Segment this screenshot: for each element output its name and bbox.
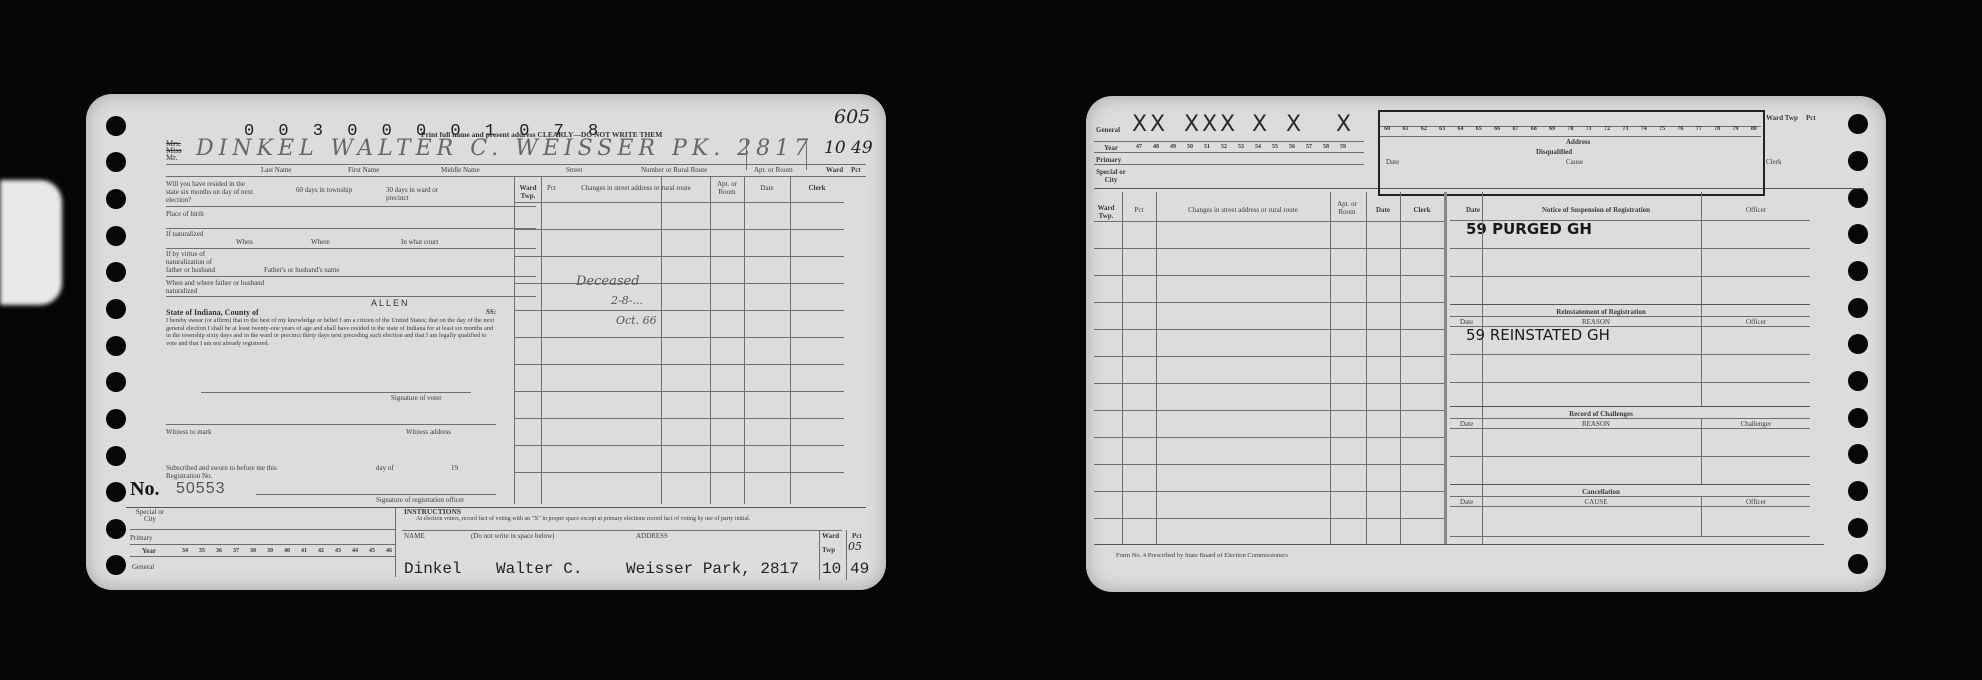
cancellation-title: Cancellation: [1486, 488, 1716, 496]
punch-hole: [1848, 334, 1868, 354]
typed-first-name: Walter C.: [496, 560, 582, 578]
vote-mark: X: [1202, 112, 1217, 137]
punch-hole: [1848, 224, 1868, 244]
challenges-title: Record of Challenges: [1486, 410, 1716, 418]
handwritten-note-oct: Oct. 66: [616, 314, 657, 327]
vote-mark: X: [1220, 112, 1235, 137]
col-officer: Officer: [1716, 498, 1796, 506]
stamp-purged: 59 PURGED GH: [1466, 220, 1592, 238]
label-first-name: First Name: [348, 166, 379, 174]
oath-state: State of Indiana, County of: [166, 308, 259, 317]
punch-hole: [1848, 444, 1868, 464]
label-ward-twp: Ward Twp: [1766, 114, 1798, 122]
place-of-birth-label: Place of birth: [166, 210, 206, 218]
year-prefix: 19: [451, 464, 458, 472]
father-virtue-label: If by virtue of naturalization of father…: [166, 250, 226, 274]
punch-hole: [1848, 518, 1868, 538]
label-cause: Cause: [1566, 158, 1583, 166]
handwritten-pct: 05: [848, 540, 862, 553]
punch-hole: [1848, 114, 1868, 134]
col-officer: Officer: [1716, 318, 1796, 326]
instructions-title: INSTRUCTIONS: [404, 508, 461, 516]
suspension-title: Notice of Suspension of Registration: [1496, 206, 1696, 214]
row-primary: Primary: [1096, 156, 1121, 164]
row-special-city: Special or City: [1096, 168, 1126, 184]
punch-hole: [1848, 298, 1868, 318]
col-apt-room: Apt. or Room: [1332, 200, 1362, 216]
label-middle-name: Middle Name: [441, 166, 480, 174]
handwritten-note-deceased: Deceased: [576, 274, 640, 289]
vote-mark: X: [1184, 112, 1199, 137]
registration-card-back: General Year Primary Special or City 47 …: [1086, 96, 1886, 592]
label-address: Address: [1566, 138, 1590, 146]
handwritten-ward-pct: 10 49: [824, 138, 873, 158]
naturalized-where-label: Where: [311, 238, 330, 246]
vote-mark: X: [1286, 112, 1301, 137]
registration-no-prefix: No.: [130, 478, 159, 501]
witness-address-label: Witness address: [406, 428, 451, 436]
row-year: Year: [142, 547, 156, 555]
col-twp: Twp: [822, 546, 835, 554]
label-ward: Ward: [826, 166, 843, 174]
subscribed-label: Subscribed and sworn to before me this: [166, 464, 277, 472]
punch-hole: [106, 519, 126, 539]
label-apt-room: Apt. or Room: [754, 166, 793, 174]
oath-ss: SS:: [486, 308, 496, 316]
col-reason: REASON: [1506, 420, 1686, 428]
col-changes-address: Changes in street address or rural route: [1158, 206, 1328, 214]
vote-mark: X: [1132, 112, 1147, 137]
punch-hole: [1848, 371, 1868, 391]
row-special-city: Special or City: [130, 509, 170, 523]
naturalized-court-label: In what court: [401, 238, 438, 246]
typed-address: Weisser Park, 2817: [626, 560, 799, 578]
label-clerk: Clerk: [1766, 158, 1782, 166]
col-clerk: Clerk: [792, 184, 842, 192]
father-name-label: Father's or husband's name: [264, 266, 339, 274]
label-disqualified: Disqualified: [1536, 148, 1572, 156]
title-options: Mrs. Miss Mr.: [166, 140, 190, 161]
punch-hole: [1848, 151, 1868, 171]
col-date: Date: [1460, 420, 1473, 428]
handwritten-name-address: DINKEL WALTER C. WEISSER PK. 2817: [196, 136, 813, 161]
punch-hole: [106, 189, 126, 209]
instructions-text: At election voters, record fact of votin…: [416, 516, 836, 523]
handwritten-note-date: 2-8-...: [611, 294, 643, 307]
naturalized-label: If naturalized: [166, 230, 214, 238]
adjacent-card-fragment: [0, 180, 62, 305]
col-officer: Officer: [1716, 206, 1796, 214]
handwritten-605: 605: [834, 106, 870, 128]
stamp-reinstated: 59 REINSTATED GH: [1466, 326, 1610, 344]
punch-hole: [106, 372, 126, 392]
col-date: Date: [1368, 206, 1398, 214]
col-name: NAME: [404, 532, 425, 540]
punch-hole: [106, 555, 126, 575]
oath-text: I hereby swear (or affirm) that to the b…: [166, 317, 496, 347]
punch-hole: [106, 116, 126, 136]
col-pct2: Pct: [852, 532, 862, 540]
col-ward-twp: Ward Twp.: [1092, 204, 1120, 220]
label-date: Date: [1386, 158, 1399, 166]
punch-hole: [106, 299, 126, 319]
punch-hole: [1848, 261, 1868, 281]
punch-hole: [106, 262, 126, 282]
punch-hole: [106, 336, 126, 356]
punch-hole: [1848, 408, 1868, 428]
row-general: General: [1096, 126, 1120, 134]
label-pct: Pct: [851, 166, 861, 174]
col-changes-address: Changes in street address or rural route: [564, 184, 708, 192]
col-clerk: Clerk: [1402, 206, 1442, 214]
years-right: 6061626364656667686970717273747576777879…: [1378, 126, 1763, 132]
punch-hole: [1848, 188, 1868, 208]
label-street: Street: [566, 166, 582, 174]
typed-pct: 49: [850, 560, 869, 578]
col-note: (Do not write in space below): [471, 532, 554, 540]
form-footer: Form No. 4 Prescribed by State Board of …: [1116, 552, 1288, 560]
signature-officer-label: Signature of registration officer: [376, 496, 464, 504]
naturalized-when-label: When: [236, 238, 253, 246]
residence-60-days: 60 days in township: [296, 186, 356, 194]
punch-hole: [1848, 554, 1868, 574]
registration-number: 50553: [176, 480, 226, 498]
vote-mark: X: [1336, 112, 1351, 137]
punch-hole: [106, 446, 126, 466]
signature-voter-label: Signature of voter: [391, 394, 442, 402]
col-address: ADDRESS: [636, 532, 668, 540]
reinstatement-title: Reinstatement of Registration: [1486, 308, 1716, 316]
col-date: Date: [746, 184, 788, 192]
witness-mark-label: Witness to mark: [166, 428, 212, 436]
col-reason: REASON: [1506, 318, 1686, 326]
vote-mark: X: [1150, 112, 1165, 137]
typed-last-name: Dinkel: [404, 560, 462, 578]
col-date: Date: [1460, 498, 1473, 506]
punch-hole: [106, 482, 126, 502]
label-last-name: Last Name: [261, 166, 292, 174]
col-pct: Pct: [1124, 206, 1154, 214]
residence-30-days: 30 days in ward or precinct: [386, 186, 456, 202]
registration-no-label: Registration No.: [166, 472, 212, 480]
registration-card-front: 0 0 3 0 0 0 0 1 0 7 8 Print full name an…: [86, 94, 886, 590]
col-apt-room: Apt. or Room: [712, 180, 742, 196]
col-date: Date: [1460, 318, 1473, 326]
residence-question: Will you have resided in the state six m…: [166, 180, 254, 204]
vote-mark: X: [1252, 112, 1267, 137]
row-year: Year: [1104, 144, 1118, 152]
oath-county: ALLEN: [371, 298, 410, 308]
col-ward-twp: Ward Twp.: [516, 184, 540, 200]
col-ward: Ward: [822, 532, 839, 540]
label-pct: Pct: [1806, 114, 1816, 122]
typed-ward: 10: [822, 560, 841, 578]
row-primary: Primary: [130, 534, 153, 542]
col-challenger: Challenger: [1716, 420, 1796, 428]
label-number-route: Number or Rural Route: [641, 166, 707, 174]
row-general: General: [132, 563, 154, 571]
col-date: Date: [1466, 206, 1480, 214]
punch-hole: [1848, 481, 1868, 501]
col-cause: CAUSE: [1506, 498, 1686, 506]
punch-hole: [106, 152, 126, 172]
col-pct: Pct: [543, 184, 560, 192]
punch-hole: [106, 226, 126, 246]
day-of-label: day of: [376, 464, 394, 472]
punch-hole: [106, 409, 126, 429]
father-when-label: When and where father or husband natural…: [166, 279, 266, 295]
